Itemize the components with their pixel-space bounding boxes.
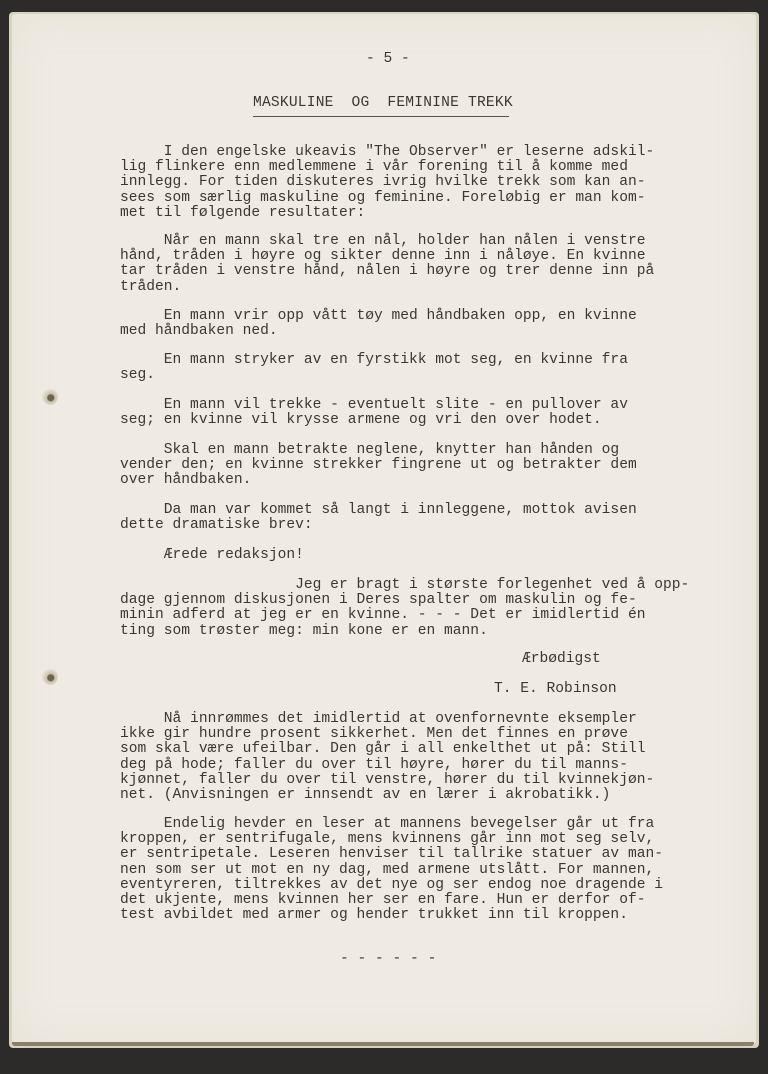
punch-hole-icon: [42, 389, 58, 405]
paragraph-letter-intro: Da man var kommet så langt i innleggene,…: [120, 503, 637, 533]
paragraph-intro: I den engelske ukeavis "The Observer" er…: [120, 145, 654, 221]
letter-body: Jeg er bragt i største forlegenhet ved å…: [120, 578, 689, 639]
paragraph-match: En mann stryker av en fyrstikk mot seg, …: [120, 353, 628, 383]
paragraph-laundry: En mann vrir opp vått tøy med håndbaken …: [120, 309, 637, 339]
paragraph-pullover: En mann vil trekke - eventuelt slite - e…: [120, 398, 628, 428]
article-title: MASKULINE OG FEMININE TREKK: [253, 96, 513, 111]
paragraph-centrifugal: Endelig hevder en leser at mannens beveg…: [120, 817, 663, 923]
letter-signature: T. E. Robinson: [494, 682, 617, 697]
letter-closing: Ærbødigst: [522, 652, 601, 667]
end-divider: - - - - - -: [340, 952, 436, 967]
paragraph-needle: Når en mann skal tre en nål, holder han …: [120, 234, 654, 295]
title-underline: [253, 116, 509, 117]
page-number: - 5 -: [366, 52, 410, 67]
paragraph-headstand-test: Nå innrømmes det imidlertid at ovenforne…: [120, 712, 654, 803]
letter-salutation: Ærede redaksjon!: [120, 548, 304, 563]
punch-hole-icon: [42, 669, 58, 685]
paragraph-nails: Skal en mann betrakte neglene, knytter h…: [120, 443, 637, 489]
page-bottom-edge: [12, 1042, 754, 1046]
